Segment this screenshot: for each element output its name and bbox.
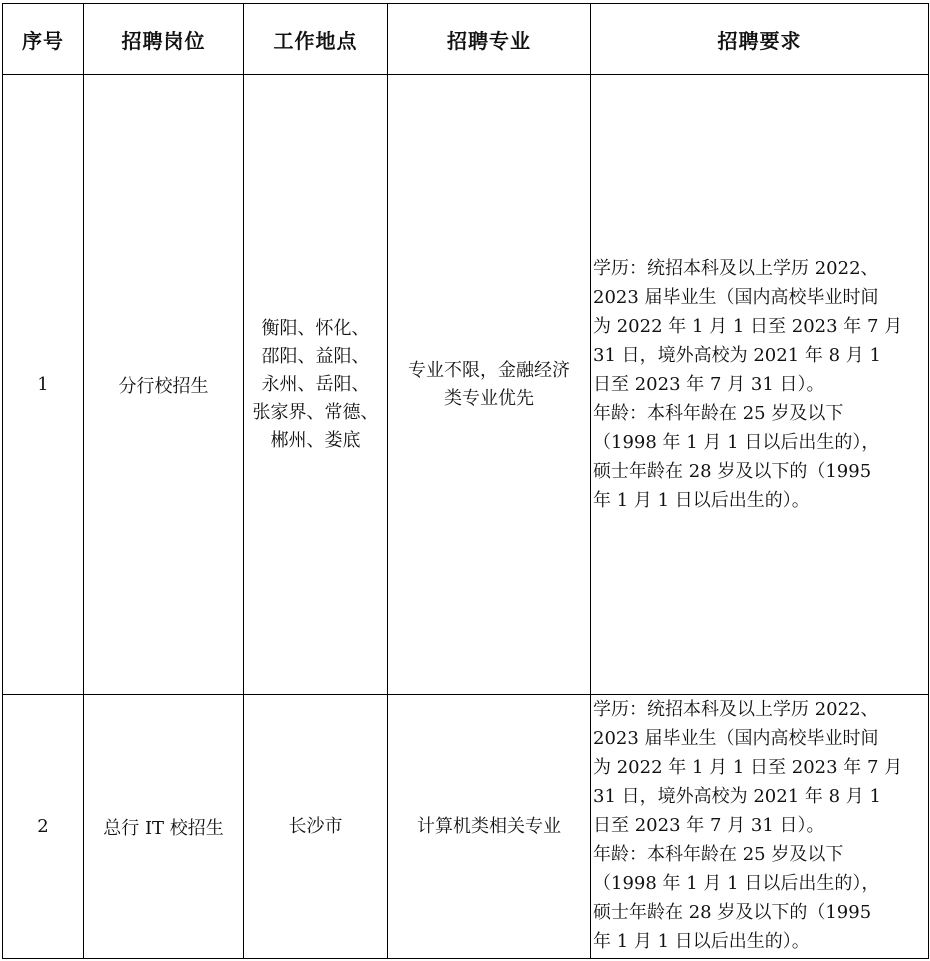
requirement-line: （1998 年 1 月 1 日以后出生的）， (593, 428, 926, 457)
requirement-line: 为 2022 年 1 月 1 日至 2023 年 7 月 (593, 753, 926, 782)
table-row: 1 分行校招生 衡阳、怀化、 邵阳、益阳、 永州、岳阳、 张家界、常德、 郴州、… (3, 75, 929, 695)
header-requirements: 招聘要求 (591, 4, 929, 75)
requirement-line: 学历：统招本科及以上学历 2022、 (593, 254, 926, 283)
requirement-line: 硕士年龄在 28 岁及以下的（1995 (593, 898, 926, 927)
requirement-line: 31 日，境外高校为 2021 年 8 月 1 (593, 782, 926, 811)
requirement-line: 年龄：本科年龄在 25 岁及以下 (593, 840, 926, 869)
location-line: 邵阳、益阳、 (244, 343, 387, 371)
requirement-line: （1998 年 1 月 1 日以后出生的）， (593, 869, 926, 898)
header-row: 序号 招聘岗位 工作地点 招聘专业 招聘要求 (3, 4, 929, 75)
header-index: 序号 (3, 4, 84, 75)
header-position: 招聘岗位 (84, 4, 244, 75)
row-requirements: 学历：统招本科及以上学历 2022、 2023 届毕业生（国内高校毕业时间 为 … (591, 695, 929, 959)
row-position: 分行校招生 (84, 75, 244, 695)
header-location: 工作地点 (244, 4, 388, 75)
major-line: 计算机类相关专业 (388, 813, 590, 841)
requirement-line: 硕士年龄在 28 岁及以下的（1995 (593, 457, 926, 486)
header-major: 招聘专业 (388, 4, 591, 75)
table-row: 2 总行 IT 校招生 长沙市 计算机类相关专业 学历：统招本科及以上学历 20… (3, 695, 929, 959)
major-line: 专业不限，金融经济 (388, 357, 590, 385)
location-line: 郴州、娄底 (244, 427, 387, 455)
requirement-line: 年龄：本科年龄在 25 岁及以下 (593, 399, 926, 428)
location-line: 永州、岳阳、 (244, 371, 387, 399)
requirement-line: 31 日，境外高校为 2021 年 8 月 1 (593, 341, 926, 370)
row-major: 专业不限，金融经济 类专业优先 (388, 75, 591, 695)
location-line: 衡阳、怀化、 (244, 315, 387, 343)
requirement-line: 2023 届毕业生（国内高校毕业时间 (593, 283, 926, 312)
requirement-line: 学历：统招本科及以上学历 2022、 (593, 695, 926, 724)
row-location: 衡阳、怀化、 邵阳、益阳、 永州、岳阳、 张家界、常德、 郴州、娄底 (244, 75, 388, 695)
row-requirements: 学历：统招本科及以上学历 2022、 2023 届毕业生（国内高校毕业时间 为 … (591, 75, 929, 695)
row-index: 2 (3, 695, 84, 959)
row-index: 1 (3, 75, 84, 695)
location-line: 长沙市 (244, 813, 387, 841)
requirement-line: 年 1 月 1 日以后出生的）。 (593, 486, 926, 515)
row-position: 总行 IT 校招生 (84, 695, 244, 959)
requirement-line: 2023 届毕业生（国内高校毕业时间 (593, 724, 926, 753)
location-line: 张家界、常德、 (244, 399, 387, 427)
major-line: 类专业优先 (388, 385, 590, 413)
recruitment-table: 序号 招聘岗位 工作地点 招聘专业 招聘要求 1 分行校招生 衡阳、怀化、 邵阳… (2, 3, 929, 959)
requirement-line: 为 2022 年 1 月 1 日至 2023 年 7 月 (593, 312, 926, 341)
row-major: 计算机类相关专业 (388, 695, 591, 959)
requirement-line: 日至 2023 年 7 月 31 日）。 (593, 370, 926, 399)
requirement-line: 年 1 月 1 日以后出生的）。 (593, 927, 926, 956)
row-location: 长沙市 (244, 695, 388, 959)
requirement-line: 日至 2023 年 7 月 31 日）。 (593, 811, 926, 840)
